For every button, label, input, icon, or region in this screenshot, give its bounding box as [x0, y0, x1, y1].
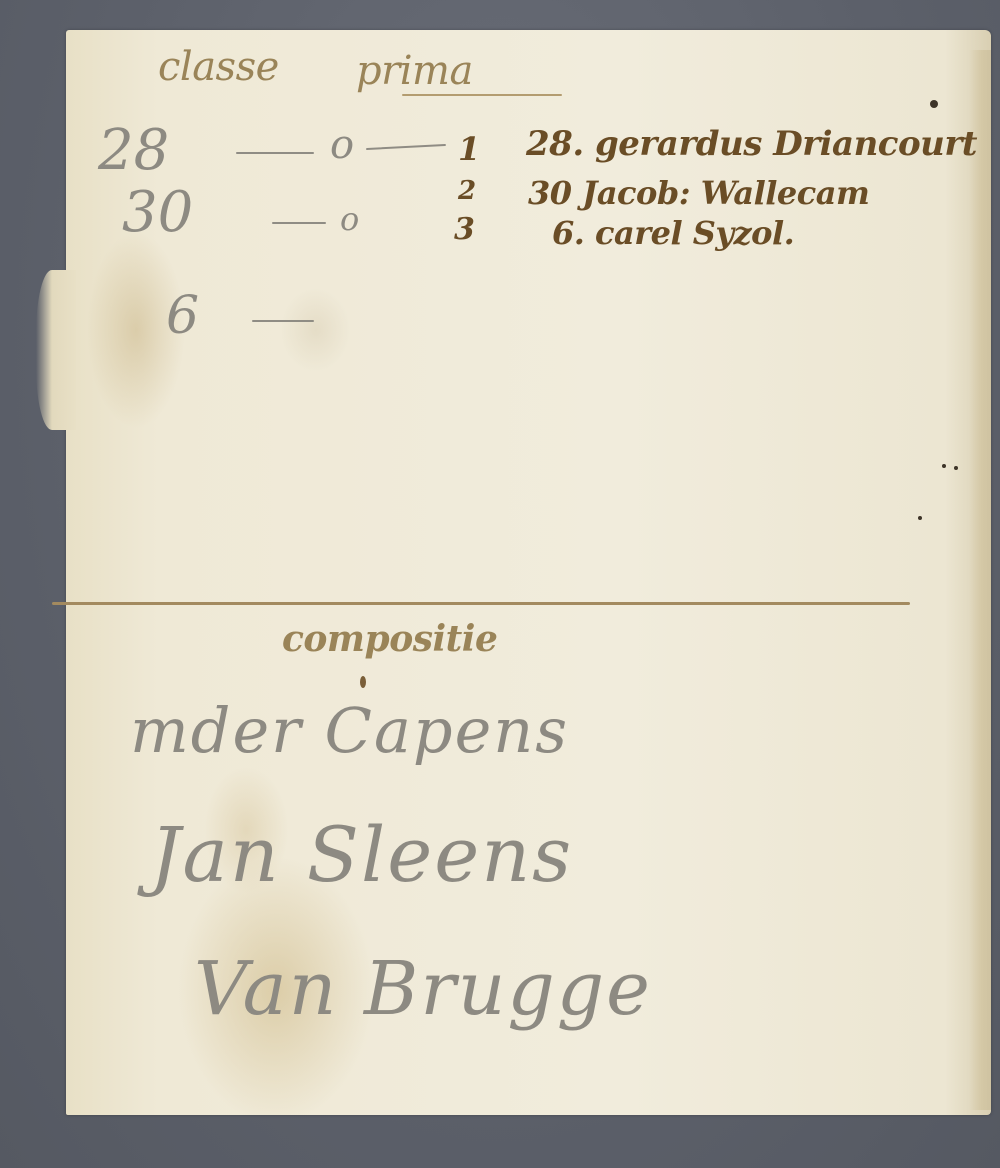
heading-prima: prima — [356, 48, 473, 94]
tally-suffix: o — [330, 122, 354, 168]
ink-speck — [942, 464, 946, 468]
pencil-name: Jan Sleens — [150, 810, 573, 899]
tally-dash — [272, 222, 326, 224]
rank-entry: 30 Jacob: Wallecam — [528, 174, 869, 212]
rank-entry: 6. carel Syzol. — [552, 214, 794, 252]
rank-number: 1 — [458, 130, 480, 168]
rank-number: 2 — [458, 176, 476, 206]
heading-compositie: compositie — [282, 618, 497, 660]
pencil-name: mder Capens — [130, 694, 569, 767]
rank-number: 3 — [454, 212, 474, 247]
ink-speck — [360, 676, 366, 688]
rank-entry: 28. gerardus Driancourt — [526, 124, 977, 164]
ink-speck — [954, 466, 958, 470]
manuscript-page: classe prima 28 o 30 o 6 1 28. gerardus … — [66, 30, 991, 1115]
heading-underline — [402, 94, 562, 96]
tally-number-28: 28 — [98, 118, 169, 183]
section-divider — [52, 602, 910, 605]
tally-suffix: o — [340, 200, 359, 238]
heading-classe: classe — [158, 44, 279, 90]
ink-speck — [930, 100, 938, 108]
ink-speck — [918, 516, 922, 520]
tally-number-6: 6 — [166, 286, 199, 346]
tally-dash — [366, 144, 446, 150]
tally-dash — [236, 152, 314, 154]
tally-number-30: 30 — [122, 180, 193, 245]
torn-left-edge — [36, 270, 76, 430]
page-fold-shadow — [969, 50, 991, 1110]
pencil-name: Van Brugge — [194, 946, 652, 1032]
tally-dash — [252, 320, 314, 322]
